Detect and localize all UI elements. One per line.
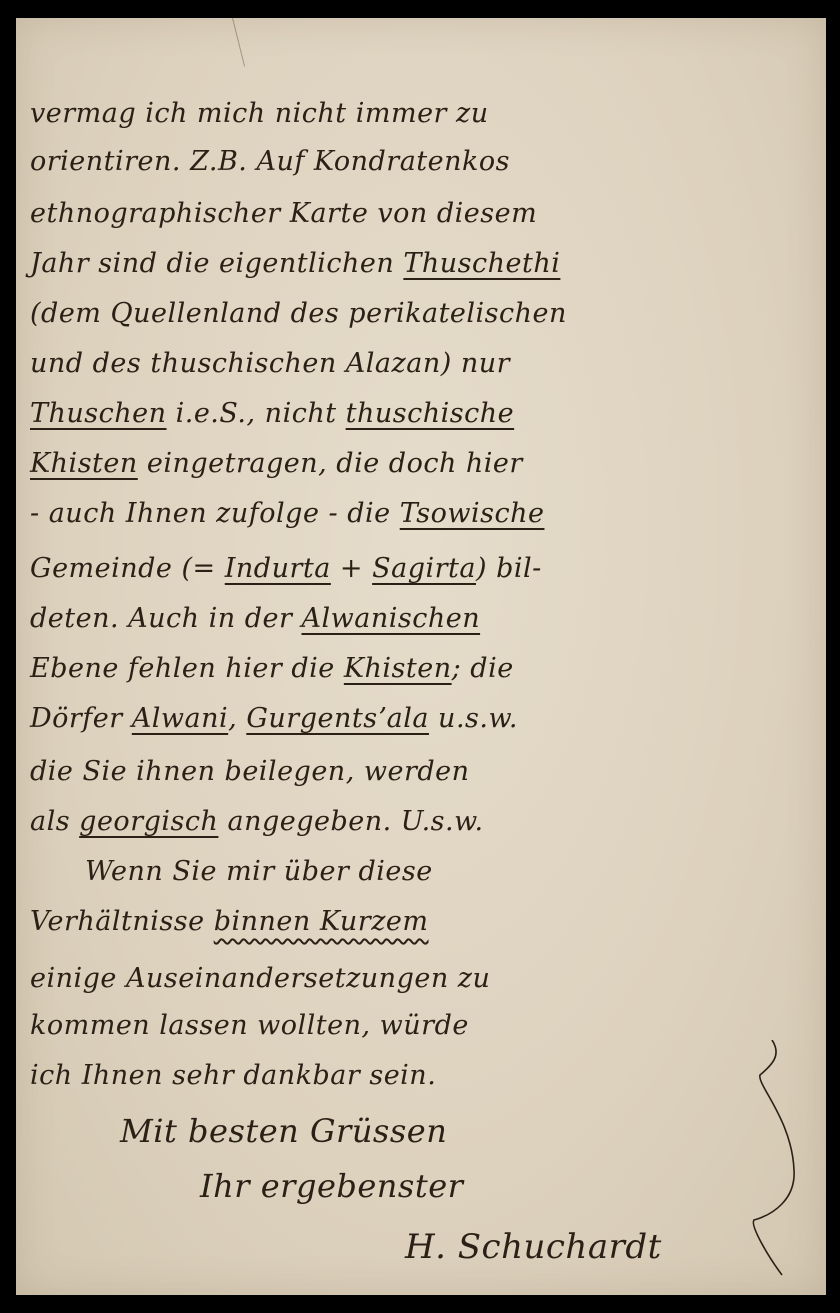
text-segment: Dörfer <box>30 703 132 734</box>
underlined-term: Alwanischen <box>301 603 480 634</box>
text-segment: Jahr sind die eigentlichen <box>30 248 403 279</box>
underlined-term: Indurta <box>225 553 331 584</box>
letter-line-16: Wenn Sie mir über diese <box>85 858 433 885</box>
closing-valediction: Ihr ergebenster <box>200 1170 463 1202</box>
text-segment: eingetragen, die doch hier <box>138 448 523 479</box>
underlined-term: Alwani <box>132 703 228 734</box>
letter-line-2: orientiren. Z.B. Auf Kondratenkos <box>30 148 510 175</box>
letter-line-13: Dörfer Alwani, Gurgentsʼala u.s.w. <box>30 705 518 732</box>
curly-bracket-flourish <box>752 1040 812 1280</box>
underlined-term: Khisten <box>30 448 138 479</box>
underlined-term: Khisten <box>344 653 452 684</box>
text-segment: Gemeinde (= <box>30 553 225 584</box>
text-segment: angegeben. U.s.w. <box>218 806 483 837</box>
text-segment: + <box>331 553 372 584</box>
letter-line-7: Thuschen i.e.S., nicht thuschische <box>30 400 514 427</box>
text-segment: , <box>228 703 246 734</box>
letter-line-1: vermag ich mich nicht immer zu <box>30 100 489 127</box>
letter-line-20: ich Ihnen sehr dankbar sein. <box>30 1062 436 1089</box>
text-segment: ) bil- <box>476 553 542 584</box>
letter-line-17: Verhältnisse binnen Kurzem <box>30 908 429 935</box>
letter-line-12: Ebene fehlen hier die Khisten; die <box>30 655 514 682</box>
underlined-term: Sagirta <box>372 553 476 584</box>
letter-line-3: ethnographischer Karte von diesem <box>30 200 537 227</box>
underlined-term: Thuschen <box>30 398 167 429</box>
letter-line-19: kommen lassen wollten, würde <box>30 1012 469 1039</box>
letter-line-6: und des thuschischen Alazan) nur <box>30 350 510 377</box>
letter-line-11: deten. Auch in der Alwanischen <box>30 605 480 632</box>
letter-line-18: einige Auseinandersetzungen zu <box>30 965 490 992</box>
underlined-term: Tsowische <box>400 498 545 529</box>
text-segment: ; die <box>452 653 514 684</box>
text-segment: deten. Auch in der <box>30 603 301 634</box>
text-segment: Verhältnisse <box>30 906 214 937</box>
closing-greeting: Mit besten Grüssen <box>120 1115 447 1147</box>
underlined-term: thuschische <box>346 398 514 429</box>
letter-line-15: als georgisch angegeben. U.s.w. <box>30 808 484 835</box>
underlined-term: Thuschethi <box>403 248 560 279</box>
text-segment: Ebene fehlen hier die <box>30 653 344 684</box>
wavy-underlined-term: binnen Kurzem <box>214 906 429 937</box>
underlined-term: georgisch <box>79 806 218 837</box>
letter-line-4: Jahr sind die eigentlichen Thuschethi <box>30 250 560 277</box>
text-segment: i.e.S., nicht <box>167 398 346 429</box>
letter-line-8: Khisten eingetragen, die doch hier <box>30 450 523 477</box>
signature: H. Schuchardt <box>405 1230 662 1264</box>
letter-line-9: - auch Ihnen zufolge - die Tsowische <box>30 500 544 527</box>
text-segment: - auch Ihnen zufolge - die <box>30 498 400 529</box>
letter-line-5: (dem Quellenland des perikatelischen <box>30 300 567 327</box>
underlined-term: Gurgentsʼala <box>246 703 429 734</box>
text-segment: u.s.w. <box>429 703 518 734</box>
text-segment: als <box>30 806 79 837</box>
letter-line-10: Gemeinde (= Indurta + Sagirta) bil- <box>30 555 542 582</box>
letter-line-14: die Sie ihnen beilegen, werden <box>30 758 470 785</box>
